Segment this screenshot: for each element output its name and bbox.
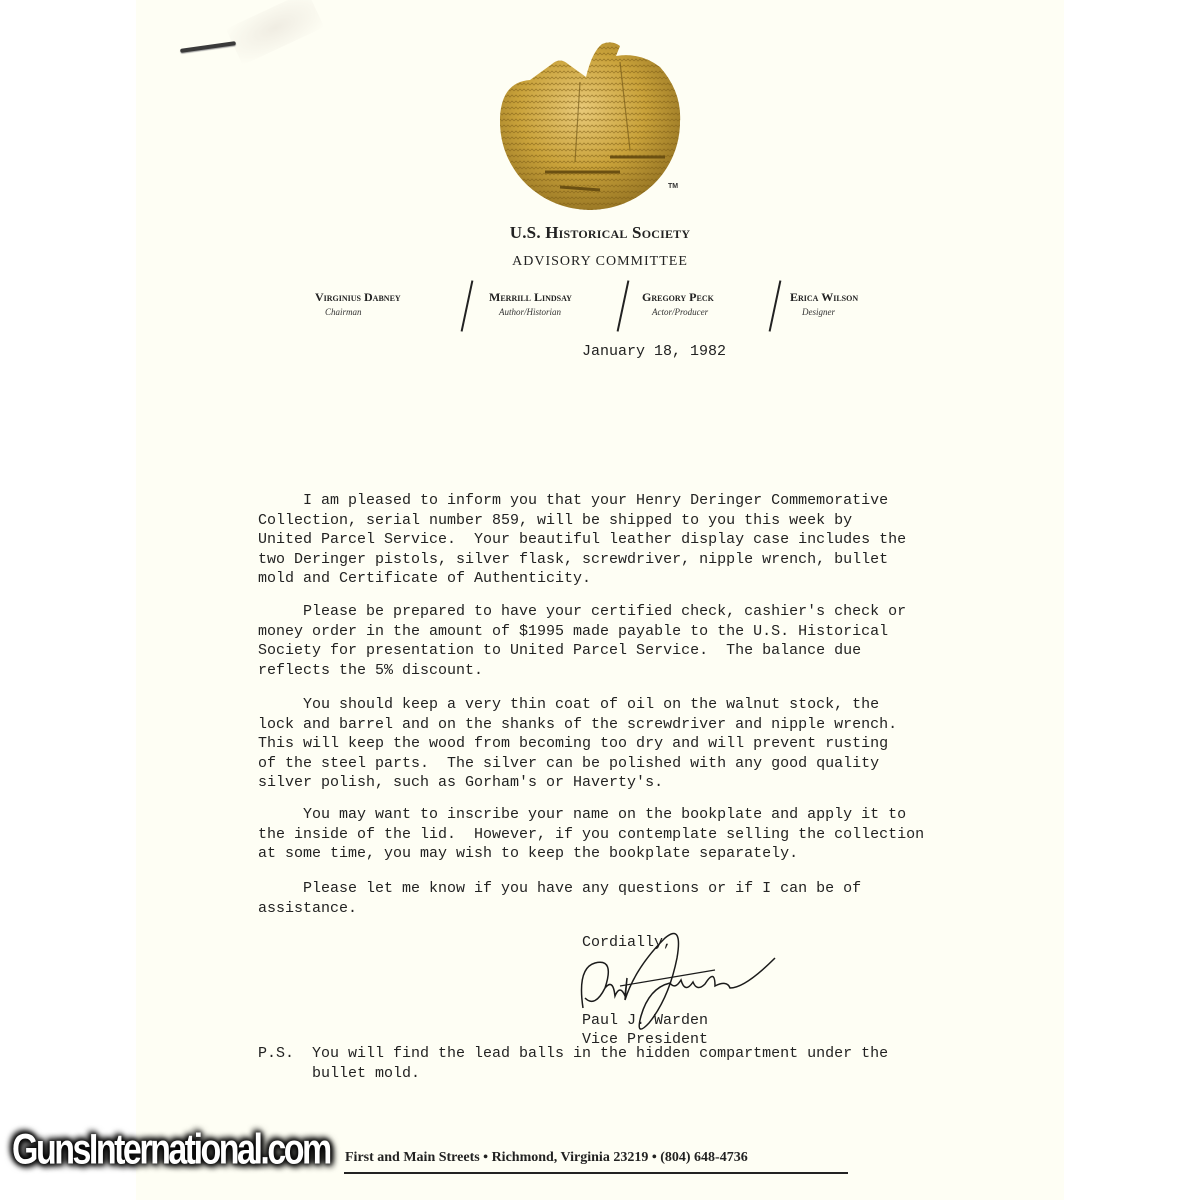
committee-member: Merrill Lindsay Author/Historian	[489, 290, 572, 317]
member-role: Author/Historian	[489, 307, 572, 317]
member-name: Erica Wilson	[790, 290, 858, 304]
paragraph: I am pleased to inform you that your Hen…	[258, 491, 958, 589]
paragraph: Please be prepared to have your certifie…	[258, 602, 958, 680]
member-role: Designer	[790, 307, 858, 317]
committee-title: ADVISORY COMMITTEE	[0, 254, 1200, 270]
committee-member: Gregory Peck Actor/Producer	[642, 290, 714, 317]
gold-eagle-seal-icon	[490, 22, 690, 212]
watermark-logo: GunsInternational.com	[12, 1126, 330, 1175]
organization-name: U.S. Historical Society	[0, 223, 1200, 243]
paragraph: You may want to inscribe your name on th…	[258, 805, 958, 864]
member-role: Chairman	[315, 307, 401, 317]
member-role: Actor/Producer	[642, 307, 714, 317]
committee-member: Erica Wilson Designer	[790, 290, 858, 317]
member-name: Virginius Dabney	[315, 290, 401, 304]
committee-member: Virginius Dabney Chairman	[315, 290, 401, 317]
letter-date: January 18, 1982	[582, 343, 726, 360]
footer-rule	[344, 1172, 848, 1174]
paragraph: You should keep a very thin coat of oil …	[258, 695, 958, 793]
trademark-mark: TM	[668, 183, 678, 190]
member-name: Merrill Lindsay	[489, 290, 572, 304]
paragraph: Please let me know if you have any quest…	[258, 879, 958, 918]
postscript: P.S. You will find the lead balls in the…	[258, 1044, 888, 1083]
member-name: Gregory Peck	[642, 290, 714, 304]
footer-address: First and Main Streets • Richmond, Virgi…	[345, 1150, 748, 1166]
signer-name: Paul J. Warden	[582, 1011, 708, 1031]
